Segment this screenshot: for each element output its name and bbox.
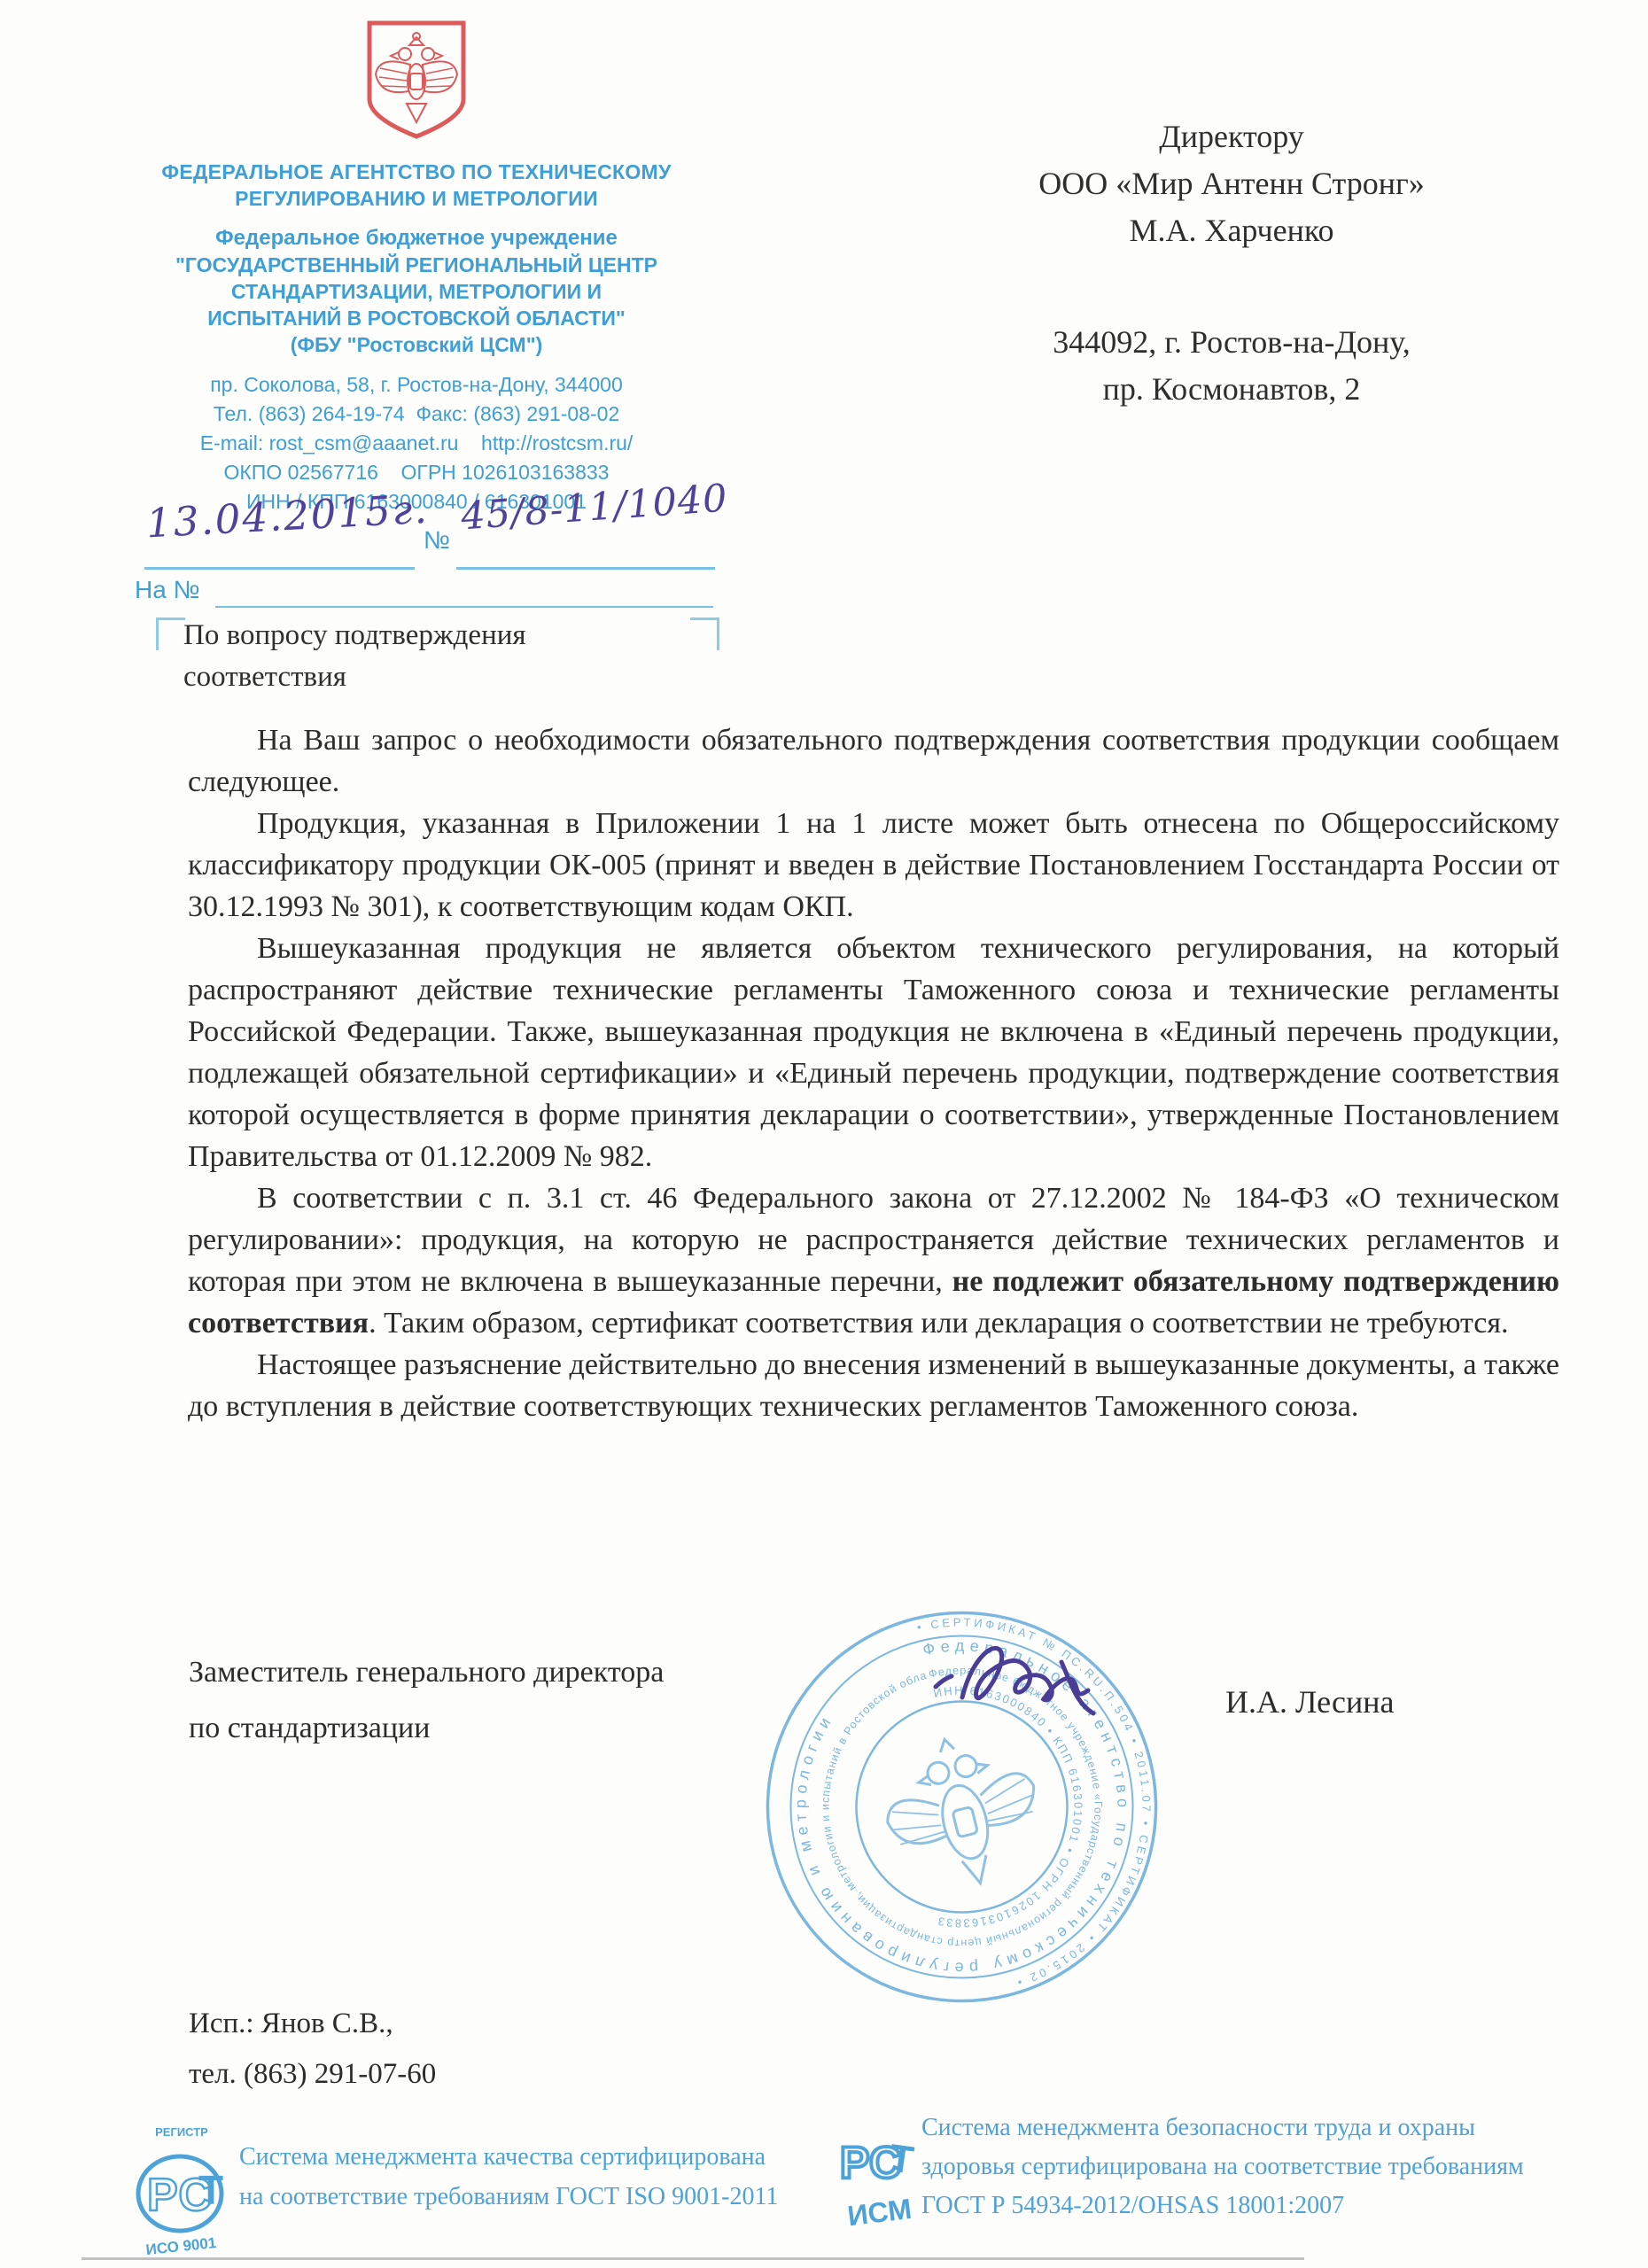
recipient-company: ООО «Мир Антенн Стронг» bbox=[930, 160, 1533, 207]
org-fax: Факс: (863) 291-08-02 bbox=[416, 402, 619, 425]
signer-name: И.А. Лесина bbox=[1225, 1683, 1395, 1720]
signer-role-line: по стандартизации bbox=[189, 1700, 664, 1756]
paragraph-text: Продукция, указанная в Приложении 1 на 1… bbox=[188, 807, 1559, 923]
quality-cert-line: на соответствие требованиям ГОСТ ISO 900… bbox=[239, 2177, 778, 2217]
agency-name-line: ФЕДЕРАЛЬНОЕ АГЕНТСТВО ПО ТЕХНИЧЕСКОМУ bbox=[111, 159, 722, 185]
stamp-eagle-icon bbox=[872, 1721, 1053, 1901]
number-underline bbox=[456, 567, 715, 570]
org-ogrn: ОГРН 1026103163833 bbox=[401, 461, 610, 484]
badge-logo-caption: ИСО 9001 bbox=[145, 2234, 217, 2257]
safety-cert-line: ГОСТ Р 54934-2012/OHSAS 18001:2007 bbox=[921, 2186, 1524, 2225]
paragraph-text: На Ваш запрос о необходимости обязательн… bbox=[188, 724, 1559, 798]
reference-number-label: На № bbox=[135, 576, 200, 604]
institution-type: Федеральное бюджетное учреждение bbox=[111, 225, 722, 252]
reference-underline bbox=[215, 606, 713, 608]
badge-logo-caption: ИСМ bbox=[846, 2193, 913, 2233]
institution-name-line: (ФБУ "Ростовский ЦСМ") bbox=[111, 331, 722, 358]
coat-of-arms-icon bbox=[362, 18, 470, 142]
org-phone: Тел. (863) 264-19-74 bbox=[214, 402, 405, 425]
institution-name-line: "ГОСУДАРСТВЕННЫЙ РЕГИОНАЛЬНЫЙ ЦЕНТР bbox=[111, 252, 722, 278]
scan-edge-artifact bbox=[82, 2257, 1304, 2260]
paragraph: Вышеуказанная продукция не является объе… bbox=[188, 928, 1559, 1177]
subject-block: По вопросу подтверждения соответствия bbox=[183, 615, 526, 698]
badge-logo-t: Т bbox=[198, 2167, 223, 2213]
date-underline bbox=[144, 567, 415, 570]
signer-role-line: Заместитель генерального директора bbox=[189, 1644, 664, 1700]
institution-name-line: СТАНДАРТИЗАЦИИ, МЕТРОЛОГИИ И bbox=[111, 278, 722, 305]
org-website: http://rostcsm.ru/ bbox=[481, 431, 633, 454]
scanned-letter-page: ФЕДЕРАЛЬНОЕ АГЕНТСТВО ПО ТЕХНИЧЕСКОМУ РЕ… bbox=[0, 0, 1648, 2268]
paragraph: В соответствии с п. 3.1 ст. 46 Федеральн… bbox=[188, 1177, 1559, 1344]
subject-line: По вопросу подтверждения bbox=[183, 615, 526, 656]
institution-name-line: ИСПЫТАНИЙ В РОСТОВСКОЙ ОБЛАСТИ" bbox=[111, 305, 722, 331]
org-address: пр. Соколова, 58, г. Ростов-на-Дону, 344… bbox=[111, 370, 722, 400]
executor-phone: тел. (863) 291-07-60 bbox=[189, 2049, 436, 2100]
recipient-title: Директору bbox=[930, 113, 1533, 160]
org-email-web: E-mail: rost_csm@aaanet.ru http://rostcs… bbox=[111, 429, 722, 458]
recipient-block: Директору ООО «Мир Антенн Стронг» М.А. Х… bbox=[930, 113, 1533, 413]
subject-line: соответствия bbox=[183, 656, 526, 698]
number-sign-label: № bbox=[424, 526, 450, 555]
quality-cert-line: Система менеджмента качества сертифициро… bbox=[239, 2137, 778, 2177]
rst-ism-badge-icon: РС Т ИСМ bbox=[838, 2114, 927, 2233]
org-okpo: ОКПО 02567716 bbox=[224, 461, 378, 484]
letterhead: ФЕДЕРАЛЬНОЕ АГЕНТСТВО ПО ТЕХНИЧЕСКОМУ РЕ… bbox=[111, 18, 722, 517]
badge-logo-t: Т bbox=[887, 2136, 917, 2182]
paragraph-text: . Таким образом, сертификат соответствия… bbox=[369, 1307, 1508, 1340]
executor-block: Исп.: Янов С.В., тел. (863) 291-07-60 bbox=[189, 1999, 436, 2100]
handwritten-signature bbox=[929, 1632, 1132, 1738]
executor-name: Исп.: Янов С.В., bbox=[189, 1999, 436, 2049]
quality-cert-text: Система менеджмента качества сертифициро… bbox=[239, 2137, 778, 2217]
rst-iso-badge-icon: РЕГИСТР РС Т ИСО 9001 bbox=[128, 2124, 236, 2257]
badge-logo-top-text: РЕГИСТР bbox=[155, 2125, 208, 2139]
safety-cert-line: Система менеджмента безопасности труда и… bbox=[921, 2109, 1524, 2148]
paragraph-text: Вышеуказанная продукция не является объе… bbox=[188, 932, 1559, 1173]
paragraph: Продукция, указанная в Приложении 1 на 1… bbox=[188, 803, 1559, 928]
org-phone-fax: Тел. (863) 264-19-74 Факс: (863) 291-08-… bbox=[111, 400, 722, 429]
recipient-address-line: пр. Космонавтов, 2 bbox=[930, 366, 1533, 413]
recipient-person: М.А. Харченко bbox=[930, 207, 1533, 254]
subject-corner-bracket-left bbox=[156, 617, 185, 650]
safety-cert-line: здоровья сертифицирована на соответствие… bbox=[921, 2148, 1524, 2186]
recipient-address-line: 344092, г. Ростов-на-Дону, bbox=[930, 319, 1533, 366]
letter-body: На Ваш запрос о необходимости обязательн… bbox=[188, 719, 1559, 1427]
paragraph: Настоящее разъяснение действительно до в… bbox=[188, 1344, 1559, 1427]
org-email: E-mail: rost_csm@aaanet.ru bbox=[200, 431, 459, 454]
agency-name-line: РЕГУЛИРОВАНИЮ И МЕТРОЛОГИИ bbox=[111, 185, 722, 212]
safety-cert-text: Система менеджмента безопасности труда и… bbox=[921, 2109, 1524, 2225]
subject-corner-bracket-right bbox=[690, 617, 719, 650]
paragraph: На Ваш запрос о необходимости обязательн… bbox=[188, 719, 1559, 803]
paragraph-text: Настоящее разъяснение действительно до в… bbox=[188, 1348, 1559, 1423]
signer-role: Заместитель генерального директора по ст… bbox=[189, 1644, 664, 1756]
